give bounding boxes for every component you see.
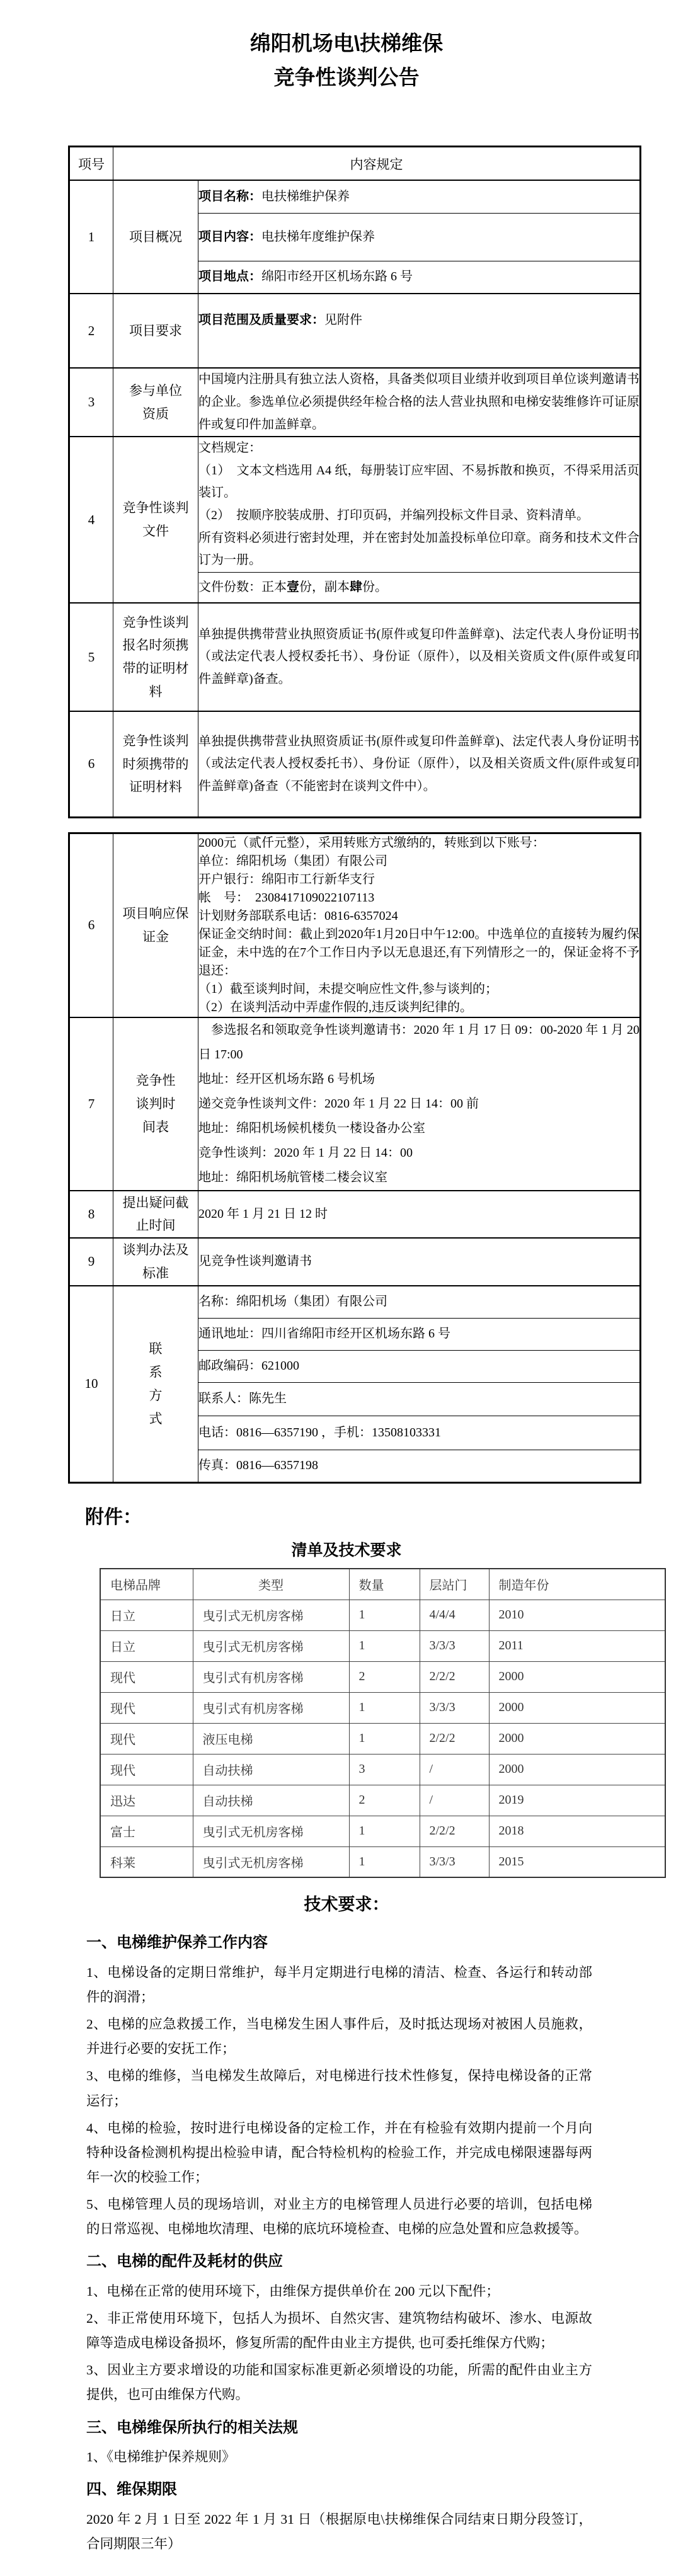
header-item-no: 项号	[69, 146, 113, 180]
type: 曳引式有机房客梯	[193, 1692, 349, 1723]
section-4-item: 2020 年 2 月 1 日至 2022 年 1 月 31 日（根据原电\扶梯维…	[86, 2507, 592, 2556]
field-key: 项目内容：	[198, 230, 261, 244]
copies-text: 份。	[362, 580, 387, 594]
row-label: 项目概况	[113, 180, 198, 294]
section-2-item: 3、因业主方要求增设的功能和国家标准更新必须增设的功能，所需的配件由业主方提供，…	[86, 2358, 592, 2407]
brand: 日立	[100, 1630, 193, 1661]
col-quantity: 数量	[349, 1569, 420, 1600]
section-1-item: 4、电梯的检验，按时进行电梯设备的定检工作，并在有检验有效期内提前一个月向特种设…	[86, 2116, 592, 2190]
copies-text: 文件份数：正本	[198, 580, 287, 594]
type: 曳引式无机房客梯	[193, 1600, 349, 1630]
announcement-table-1: 项号 内容规定 1 项目概况 项目名称：电扶梯维护保养 项目内容：电扶梯年度维护…	[68, 146, 641, 818]
row-num: 6	[69, 711, 113, 817]
row-content: 参选报名和领取竞争性谈判邀请书：2020 年 1 月 17 日 09：00-20…	[198, 1017, 641, 1191]
table-row: 3 参与单位 资质 中国境内注册具有独立法人资格，具备类似项目业绩并收到项目单位…	[69, 368, 641, 437]
section-1-heading: 一、电梯维护保养工作内容	[86, 1929, 592, 1957]
row-content: 2020 年 1 月 21 日 12 时	[198, 1191, 641, 1239]
copies-text: 份，副本	[299, 580, 350, 594]
field-key: 项目范围及质量要求：	[198, 313, 324, 327]
section-1-item: 3、电梯的维修，当电梯发生故障后，对电梯进行技术性修复，保持电梯设备的正常运行；	[86, 2064, 592, 2113]
quantity: 2	[349, 1785, 420, 1816]
row-label: 竞争性谈判 时须携带的 证明材料	[113, 711, 198, 817]
title-line-2: 竞争性谈判公告	[0, 60, 693, 94]
row-content: 中国境内注册具有独立法人资格，具备类似项目业绩并收到项目单位谈判邀请书的企业。参…	[198, 368, 641, 437]
table-row: 6 项目响应保 证金 2000元（贰仟元整），采用转账方式缴纳的，转账到以下账号…	[69, 833, 641, 1017]
list-row: 日立曳引式无机房客梯13/3/32011	[100, 1630, 665, 1661]
col-brand: 电梯品牌	[100, 1569, 193, 1600]
row-label: 谈判办法及 标准	[113, 1238, 198, 1286]
attachment-heading: 附件：	[85, 1501, 693, 1529]
type: 液压电梯	[193, 1723, 349, 1754]
title-line-1: 绵阳机场电\扶梯维保	[0, 26, 693, 60]
field-value: 见附件	[324, 313, 362, 327]
contact-phone: 电话：0816—6357190 ，手机：13508103331	[198, 1416, 641, 1450]
list-row: 现代曳引式有机房客梯13/3/32000	[100, 1692, 665, 1723]
type: 曳引式无机房客梯	[193, 1816, 349, 1846]
field-key: 项目地点：	[198, 270, 261, 283]
brand: 富士	[100, 1816, 193, 1846]
row-content: 单独提供携带营业执照资质证书(原件或复印件盖鲜章)、法定代表人身份证明书（或法定…	[198, 603, 641, 711]
field-value: 电扶梯维护保养	[261, 190, 350, 203]
row-num: 5	[69, 603, 113, 711]
brand: 迅达	[100, 1785, 193, 1816]
tech-requirements-heading: 技术要求：	[0, 1891, 693, 1915]
contact-address: 通讯地址：四川省绵阳市经开区机场东路 6 号	[198, 1319, 641, 1351]
type: 自动扶梯	[193, 1754, 349, 1785]
row-num: 2	[69, 294, 113, 368]
quantity: 1	[349, 1600, 420, 1630]
brand: 日立	[100, 1600, 193, 1630]
year: 2010	[489, 1600, 665, 1630]
year: 2000	[489, 1692, 665, 1723]
year: 2000	[489, 1661, 665, 1692]
contact-name: 名称：绵阳机场（集团）有限公司	[198, 1286, 641, 1319]
copies-original: 壹	[287, 580, 299, 594]
table-row: 1 项目概况 项目名称：电扶梯维护保养	[69, 180, 641, 213]
quantity: 1	[349, 1692, 420, 1723]
list-row: 现代液压电梯12/2/22000	[100, 1723, 665, 1754]
announcement-table-2: 6 项目响应保 证金 2000元（贰仟元整），采用转账方式缴纳的，转账到以下账号…	[68, 832, 641, 1484]
row-content: 2000元（贰仟元整），采用转账方式缴纳的，转账到以下账号： 单位：绵阳机场（集…	[198, 833, 641, 1017]
row-content: 单独提供携带营业执照资质证书(原件或复印件盖鲜章)、法定代表人身份证明书（或法定…	[198, 711, 641, 817]
floors: 2/2/2	[420, 1816, 489, 1846]
elevator-list-table: 电梯品牌 类型 数量 层站门 制造年份 日立曳引式无机房客梯14/4/42010…	[100, 1568, 666, 1878]
year: 2015	[489, 1846, 665, 1877]
quantity: 1	[349, 1630, 420, 1661]
contact-postcode: 邮政编码：621000	[198, 1351, 641, 1383]
col-floors: 层站门	[420, 1569, 489, 1600]
floors: /	[420, 1754, 489, 1785]
col-year: 制造年份	[489, 1569, 665, 1600]
row-content: 项目地点：绵阳市经开区机场东路 6 号	[198, 261, 641, 294]
row-label: 提出疑问截 止时间	[113, 1191, 198, 1239]
row-label: 竞争性谈判 文件	[113, 437, 198, 603]
row-num: 4	[69, 437, 113, 603]
row-label: 竞争性 谈判时 间表	[113, 1017, 198, 1191]
contact-fax: 传真：0816—6357198	[198, 1450, 641, 1483]
quantity: 1	[349, 1816, 420, 1846]
section-1-item: 1、电梯设备的定期日常维护，每半月定期进行电梯的清洁、检查、各运行和转动部件的润…	[86, 1961, 592, 2010]
year: 2000	[489, 1723, 665, 1754]
quantity: 1	[349, 1846, 420, 1877]
row-num: 7	[69, 1017, 113, 1191]
row-label: 项目要求	[113, 294, 198, 368]
year: 2011	[489, 1630, 665, 1661]
floors: 3/3/3	[420, 1846, 489, 1877]
header-content: 内容规定	[113, 146, 641, 180]
brand: 现代	[100, 1692, 193, 1723]
section-1-item: 5、电梯管理人员的现场培训，对业主方的电梯管理人员进行必要的培训，包括电梯的日常…	[86, 2192, 592, 2241]
row-num: 10	[69, 1286, 113, 1483]
floors: 3/3/3	[420, 1630, 489, 1661]
quantity: 2	[349, 1661, 420, 1692]
year: 2018	[489, 1816, 665, 1846]
table-row: 6 竞争性谈判 时须携带的 证明材料 单独提供携带营业执照资质证书(原件或复印件…	[69, 711, 641, 817]
brand: 科莱	[100, 1846, 193, 1877]
brand: 现代	[100, 1723, 193, 1754]
table-header-row: 项号 内容规定	[69, 146, 641, 180]
copies-duplicate: 肆	[350, 580, 362, 594]
row-content: 项目名称：电扶梯维护保养	[198, 180, 641, 213]
section-2-item: 2、非正常使用环境下，包括人为损坏、自然灾害、建筑物结构破坏、渗水、电源故障等造…	[86, 2306, 592, 2356]
field-value: 电扶梯年度维护保养	[261, 230, 375, 244]
document-title: 绵阳机场电\扶梯维保 竞争性谈判公告	[0, 26, 693, 95]
floors: 2/2/2	[420, 1723, 489, 1754]
row-label: 联 系 方 式	[113, 1286, 198, 1483]
row-num: 3	[69, 368, 113, 437]
table-row: 9 谈判办法及 标准 见竞争性谈判邀请书	[69, 1238, 641, 1286]
type: 曳引式有机房客梯	[193, 1661, 349, 1692]
table-row: 4 竞争性谈判 文件 文档规定： （1） 文本文档选用 A4 纸，每册装订应牢固…	[69, 437, 641, 572]
section-3-item: 1、《电梯维护保养规则》	[86, 2445, 592, 2470]
year: 2000	[489, 1754, 665, 1785]
tech-requirements-body: 一、电梯维护保养工作内容 1、电梯设备的定期日常维护，每半月定期进行电梯的清洁、…	[0, 1919, 693, 2556]
list-row: 现代曳引式有机房客梯22/2/22000	[100, 1661, 665, 1692]
row-content: 文档规定： （1） 文本文档选用 A4 纸，每册装订应牢固、不易拆散和换页，不得…	[198, 437, 641, 572]
type: 曳引式无机房客梯	[193, 1846, 349, 1877]
row-content: 项目范围及质量要求：见附件	[198, 294, 641, 368]
brand: 现代	[100, 1754, 193, 1785]
floors: 4/4/4	[420, 1600, 489, 1630]
field-key: 项目名称：	[198, 190, 261, 203]
list-header-row: 电梯品牌 类型 数量 层站门 制造年份	[100, 1569, 665, 1600]
table-row: 5 竞争性谈判 报名时须携 带的证明材 料 单独提供携带营业执照资质证书(原件或…	[69, 603, 641, 711]
attachment-table-title: 清单及技术要求	[0, 1538, 693, 1560]
contact-person: 联系人：陈先生	[198, 1383, 641, 1416]
table-row: 7 竞争性 谈判时 间表 参选报名和领取竞争性谈判邀请书：2020 年 1 月 …	[69, 1017, 641, 1191]
table-row: 8 提出疑问截 止时间 2020 年 1 月 21 日 12 时	[69, 1191, 641, 1239]
type: 曳引式无机房客梯	[193, 1630, 349, 1661]
row-num: 8	[69, 1191, 113, 1239]
announcement-document: 绵阳机场电\扶梯维保 竞争性谈判公告 项号 内容规定 1 项目概况 项目名称：电…	[0, 0, 693, 2576]
section-3-heading: 三、电梯维保所执行的相关法规	[86, 2414, 592, 2442]
year: 2019	[489, 1785, 665, 1816]
row-content: 项目内容：电扶梯年度维护保养	[198, 213, 641, 261]
row-num: 6	[69, 833, 113, 1017]
section-2-item: 1、电梯在正常的使用环境下，由维保方提供单价在 200 元以下配件；	[86, 2279, 592, 2304]
row-label: 项目响应保 证金	[113, 833, 198, 1017]
section-2-heading: 二、电梯的配件及耗材的供应	[86, 2248, 592, 2275]
floors: /	[420, 1785, 489, 1816]
quantity: 1	[349, 1723, 420, 1754]
floors: 2/2/2	[420, 1661, 489, 1692]
type: 自动扶梯	[193, 1785, 349, 1816]
list-row: 迅达自动扶梯2/2019	[100, 1785, 665, 1816]
list-row: 富士曳引式无机房客梯12/2/22018	[100, 1816, 665, 1846]
quantity: 3	[349, 1754, 420, 1785]
row-label: 参与单位 资质	[113, 368, 198, 437]
row-content: 文件份数：正本壹份，副本肆份。	[198, 572, 641, 603]
floors: 3/3/3	[420, 1692, 489, 1723]
table-row: 2 项目要求 项目范围及质量要求：见附件	[69, 294, 641, 368]
list-row: 科莱曳引式无机房客梯13/3/32015	[100, 1846, 665, 1877]
list-row: 日立曳引式无机房客梯14/4/42010	[100, 1600, 665, 1630]
col-type: 类型	[193, 1569, 349, 1600]
section-4-heading: 四、维保期限	[86, 2476, 592, 2504]
row-label: 竞争性谈判 报名时须携 带的证明材 料	[113, 603, 198, 711]
field-value: 绵阳市经开区机场东路 6 号	[261, 270, 413, 283]
row-content: 见竞争性谈判邀请书	[198, 1238, 641, 1286]
section-1-item: 2、电梯的应急救援工作，当电梯发生困人事件后，及时抵达现场对被困人员施救，并进行…	[86, 2012, 592, 2061]
table-row: 10 联 系 方 式 名称：绵阳机场（集团）有限公司	[69, 1286, 641, 1319]
brand: 现代	[100, 1661, 193, 1692]
table-gap	[0, 818, 693, 832]
list-row: 现代自动扶梯3/2000	[100, 1754, 665, 1785]
row-num: 9	[69, 1238, 113, 1286]
row-num: 1	[69, 180, 113, 294]
